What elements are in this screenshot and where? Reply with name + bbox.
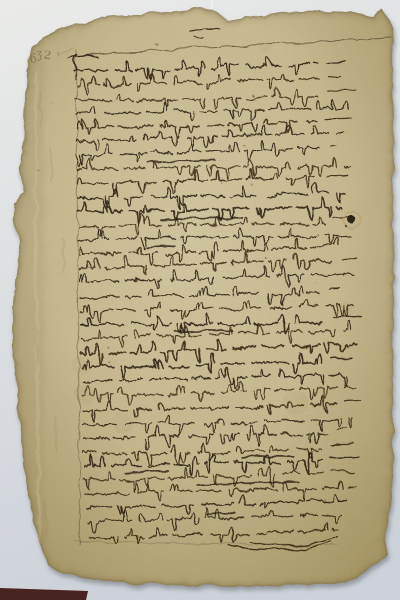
manuscript-page-svg: 1632 bbox=[0, 0, 400, 600]
manuscript-photo: 1632 bbox=[0, 0, 400, 600]
paper-aging: 1632 bbox=[0, 0, 400, 600]
paper-sheet: 1632 bbox=[0, 0, 400, 600]
